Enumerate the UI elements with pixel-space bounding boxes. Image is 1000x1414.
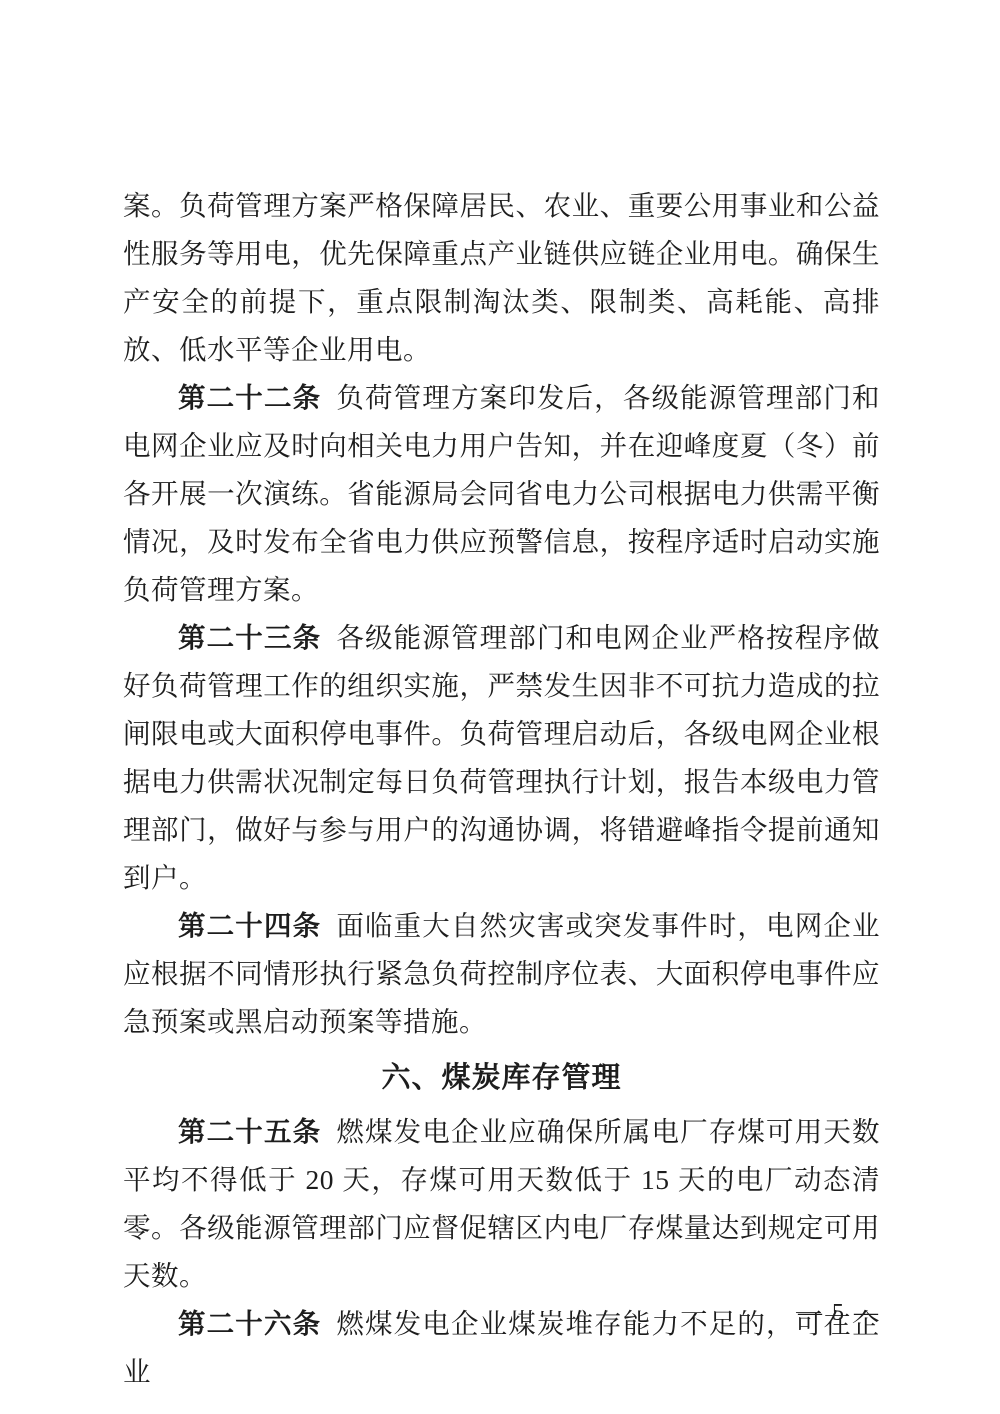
page-number: — 5 — bbox=[798, 1298, 880, 1328]
article-23: 第二十三条各级能源管理部门和电网企业严格按程序做好负荷管理工作的组织实施，严禁发… bbox=[123, 614, 880, 902]
article-24-label: 第二十四条 bbox=[178, 910, 321, 941]
article-22: 第二十二条负荷管理方案印发后，各级能源管理部门和电网企业应及时向相关电力用户告知… bbox=[123, 374, 880, 614]
article-23-label: 第二十三条 bbox=[178, 622, 321, 653]
article-26-label: 第二十六条 bbox=[178, 1308, 321, 1339]
document-content: 案。负荷管理方案严格保障居民、农业、重要公用事业和公益性服务等用电，优先保障重点… bbox=[123, 182, 880, 1396]
article-22-body: 负荷管理方案印发后，各级能源管理部门和电网企业应及时向相关电力用户告知，并在迎峰… bbox=[123, 382, 880, 605]
article-24: 第二十四条面临重大自然灾害或突发事件时，电网企业应根据不同情形执行紧急负荷控制序… bbox=[123, 902, 880, 1046]
section-heading-coal-inventory: 六、煤炭库存管理 bbox=[123, 1054, 880, 1102]
article-26: 第二十六条燃煤发电企业煤炭堆存能力不足的，可在企业 bbox=[123, 1300, 880, 1396]
document-page: 案。负荷管理方案严格保障居民、农业、重要公用事业和公益性服务等用电，优先保障重点… bbox=[0, 0, 1000, 1414]
article-25-label: 第二十五条 bbox=[178, 1116, 321, 1147]
paragraph-continuation: 案。负荷管理方案严格保障居民、农业、重要公用事业和公益性服务等用电，优先保障重点… bbox=[123, 182, 880, 374]
article-22-label: 第二十二条 bbox=[178, 382, 321, 413]
article-25: 第二十五条燃煤发电企业应确保所属电厂存煤可用天数平均不得低于 20 天，存煤可用… bbox=[123, 1108, 880, 1300]
article-23-body: 各级能源管理部门和电网企业严格按程序做好负荷管理工作的组织实施，严禁发生因非不可… bbox=[123, 622, 880, 893]
